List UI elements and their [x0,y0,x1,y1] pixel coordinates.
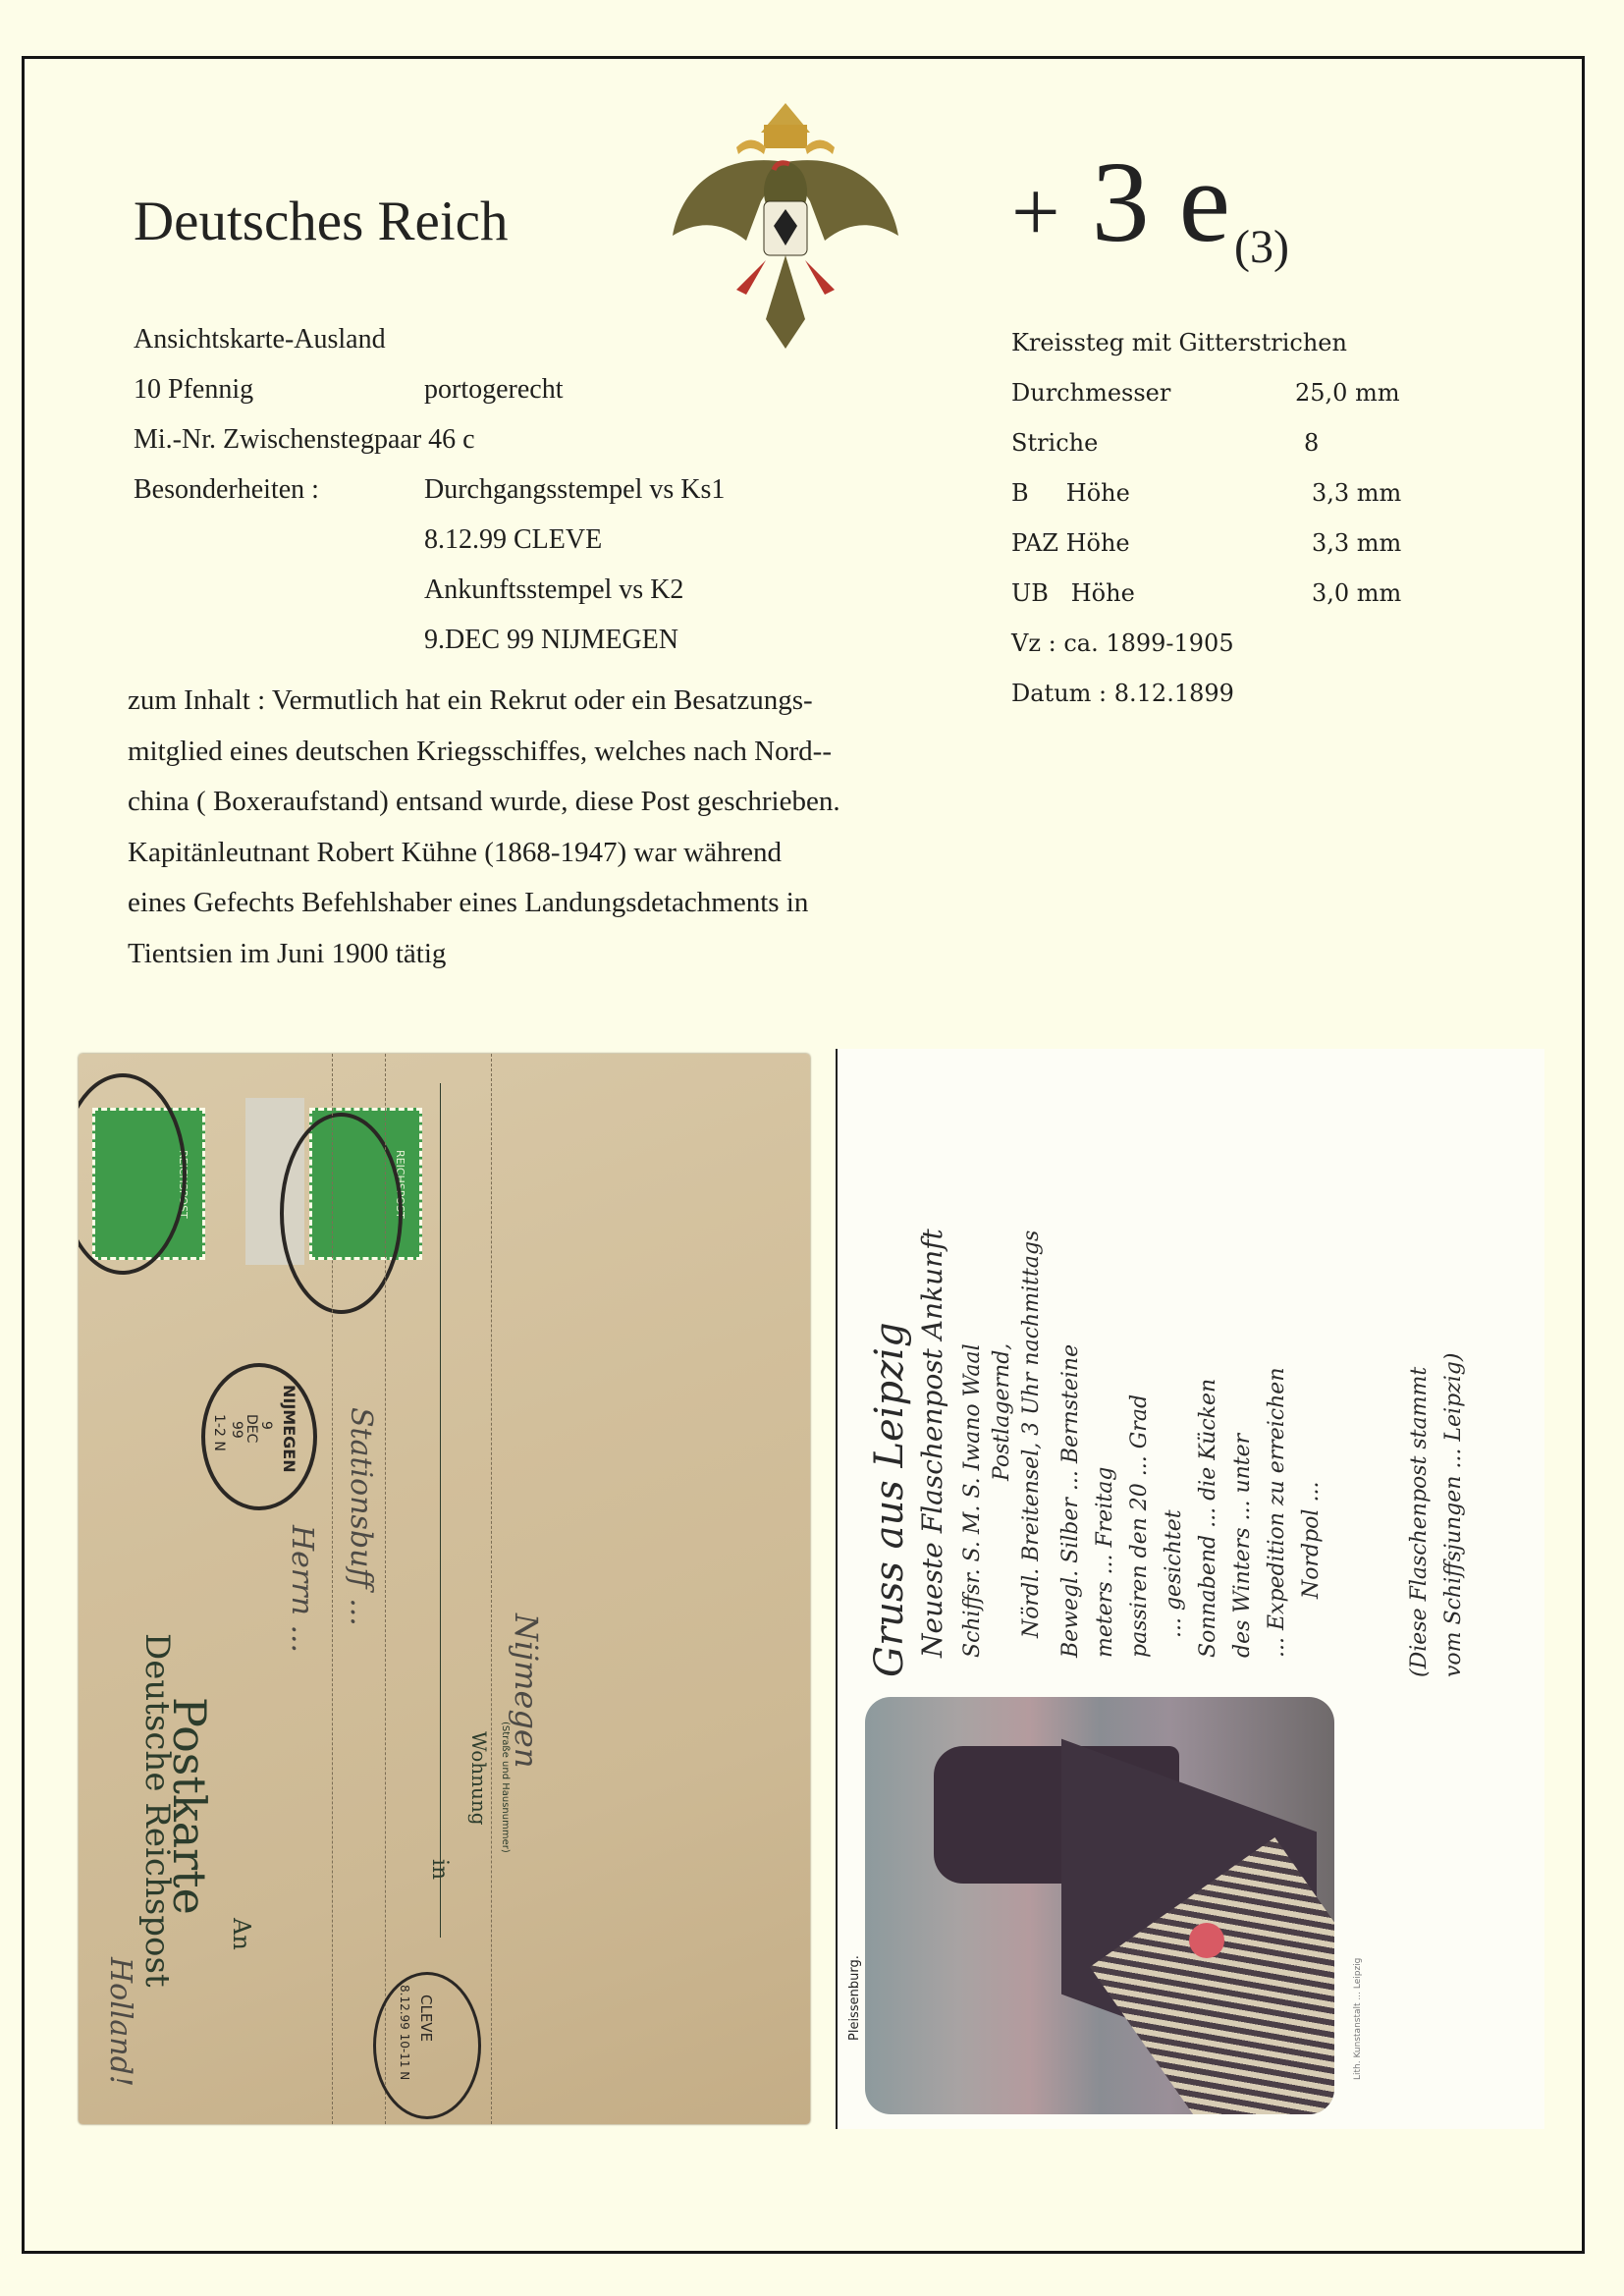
address-line [491,1054,492,2124]
imperial-eagle-icon [668,93,903,354]
postcard-picture-side: Gruss aus Leipzig Neueste Flaschenpost A… [836,1049,1544,2129]
handwriting-line: ... gesichtet [1162,1509,1186,1638]
handwriting-line: Schiffsr. S. M. S. Iwano Waal [960,1343,985,1658]
handwriting-holland: Holland! [103,1957,137,2087]
handwriting-address: Stationsbuff ... [344,1407,378,1626]
content-paragraph: zum Inhalt : Vermutlich hat ein Rekrut o… [128,676,1011,979]
handwriting-line: Bewegl. Silber ... Bernsteine [1058,1344,1083,1658]
handwriting-line: Sonnabend ... die Kücken [1196,1379,1220,1658]
handwriting-line: Nordpol ... [1299,1482,1324,1599]
handwriting-address: Nijmegen [508,1613,545,1768]
cancel-stamp-cleve-2: CLEVE 8.12.99 10-11 N [373,1972,481,2119]
handwriting-line: Postlagernd, [990,1343,1014,1481]
measure-row: PAZ Höhe 3,3 mm [1011,529,1130,557]
cancel-stamp-nijmegen: NIJMEGEN 9 DEC 99 1-2 N [201,1363,317,1510]
measure-row: B Höhe 3,3 mm [1011,479,1130,507]
picture-caption: Pleissenburg. [847,1955,862,2041]
catalog-plus: + [1011,165,1060,260]
right-heading: Kreissteg mit Gitterstrichen [1011,329,1347,356]
catalog-number: + 3 e (3) [1011,136,1289,269]
info-row: Besonderheiten : Durchgangsstempel vs Ks… [134,474,319,506]
address-line [332,1054,333,2124]
handwriting-line: passiren den 20 ... Grad [1127,1394,1152,1658]
catalog-letter: e [1179,137,1230,266]
info-row: Mi.-Nr. Zwischenstegpaar 46 c [134,424,475,456]
address-line [385,1054,386,2124]
vz-row: Vz : ca. 1899-1905 [1011,629,1234,657]
handwriting-line: ... Expedition zu erreichen [1265,1368,1289,1659]
printer-caption: Lith. Kunstanstalt ... Leipzig [1353,1958,1363,2080]
measure-row: UB Höhe 3,0 mm [1011,579,1135,607]
info-row: Ansichtskarte-Ausland [134,324,386,355]
handwriting-line: Neueste Flaschenpost Ankunft [916,1229,948,1658]
measure-row: Striche 8 [1011,429,1098,457]
postcard-heading-2: Postkarte [163,1697,216,1915]
wohnung-label: Wohnung [467,1731,491,1826]
catalog-main-number: 3 [1092,137,1150,266]
pleissenburg-picture [865,1697,1334,2114]
measure-row: Durchmesser 25,0 mm [1011,379,1170,407]
an-label: An [228,1918,255,1950]
catalog-sub: (3) [1234,221,1289,273]
handwriting-line: (Diese Flaschenpost stammt [1407,1367,1432,1677]
handwriting-line: Nördl. Breitensel, 3 Uhr nachmittags [1019,1230,1044,1638]
in-label: in [427,1859,452,1880]
postcard-address-side: REICHSPOST REICHSPOST NIJMEGEN 9 DEC 99 … [79,1054,810,2124]
page-title: Deutsches Reich [134,190,508,253]
greeting-heading: Gruss aus Leipzig [867,1322,912,1677]
handwriting-line: vom Schiffsjungen ... Leipzig) [1441,1353,1466,1677]
sun-illustration [1189,1923,1224,1958]
address-line [440,1083,441,1938]
info-row: 10 Pfennig portogerecht [134,374,253,406]
handwriting-line: meters ... Freitag [1093,1467,1117,1658]
handwriting-address: Herrn ... [285,1525,319,1653]
handwriting-line: des Winters ... unter [1230,1434,1255,1658]
datum-row: Datum : 8.12.1899 [1011,680,1234,707]
